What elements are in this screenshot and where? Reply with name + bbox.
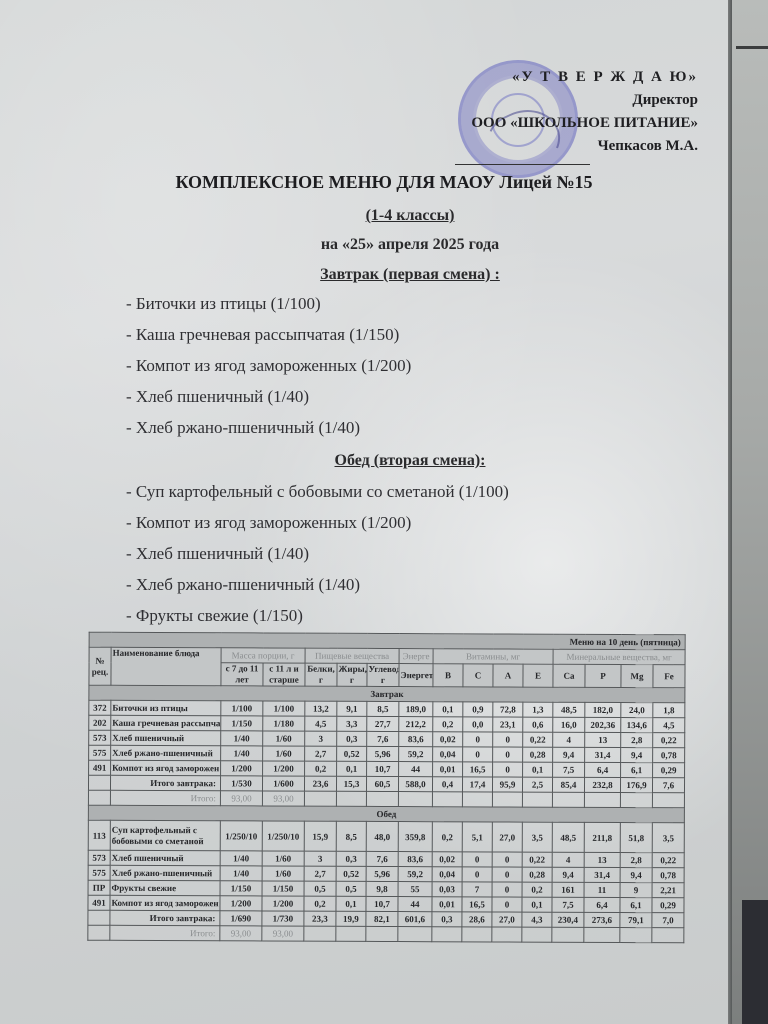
table-cell	[462, 927, 492, 942]
recipe-number: 491	[88, 895, 110, 910]
table-cell: 359,8	[398, 822, 432, 852]
table-cell: 1/200	[262, 896, 304, 911]
approval-block: «У Т В Е Р Ж Д А Ю» Директор ООО «ШКОЛЬН…	[398, 66, 698, 158]
table-cell: 13	[585, 732, 621, 747]
table-cell: 5,96	[367, 746, 399, 761]
table-cell: 0,52	[337, 746, 367, 761]
col-p: P	[585, 664, 621, 687]
table-cell: 1/60	[263, 746, 305, 761]
table-cell: 0,04	[433, 747, 463, 762]
table-cell	[492, 792, 522, 807]
table-cell: 0	[493, 732, 523, 747]
table-cell: 3	[305, 731, 337, 746]
lunch-heading: Обед (вторая смена):	[0, 452, 768, 470]
table-cell	[584, 927, 620, 942]
table-cell	[304, 791, 336, 806]
table-body: Завтрак 372Биточки из птицы1/1001/10013,…	[88, 685, 685, 943]
table-cell: 1/150	[221, 716, 263, 731]
col-vit-e: E	[523, 664, 553, 687]
dish-name: Хлеб ржано-пшеничный	[110, 865, 220, 880]
table-row: 113Суп картофельный с бобовыми со сметан…	[88, 820, 684, 853]
table-cell: 1/200	[220, 896, 262, 911]
cost-row: Итого:93,0093,00	[88, 925, 684, 943]
recipe-number: 202	[89, 715, 111, 730]
table-cell: 7,0	[652, 913, 684, 928]
table-cell: 232,8	[584, 777, 620, 792]
recipe-number: 575	[89, 745, 111, 760]
table-cell: 83,6	[399, 732, 433, 747]
table-cell	[492, 927, 522, 942]
recipe-number: 575	[88, 865, 110, 880]
table-cell: 161	[552, 882, 584, 897]
table-cell: 48,5	[552, 822, 584, 852]
table-cell: 0,22	[522, 852, 552, 867]
cost-value: 93,00	[262, 791, 304, 806]
table-cell: 23,1	[493, 717, 523, 732]
table-cell: 0,1	[523, 762, 553, 777]
table-cell: 1/60	[263, 731, 305, 746]
col-energy: Энергетическая	[399, 664, 433, 687]
wall-tile-seam	[736, 46, 768, 49]
table-cell: 273,6	[584, 912, 620, 927]
table-cell	[366, 791, 398, 806]
table-cell: 1,3	[523, 702, 553, 717]
table-cell: 1/60	[262, 866, 304, 881]
table-cell: 9,4	[620, 868, 652, 883]
dish-name: Фрукты свежие	[110, 880, 220, 895]
table-cell	[88, 925, 110, 940]
table-cell	[88, 910, 110, 925]
table-cell: 0,78	[652, 868, 684, 883]
table-cell: 7	[462, 882, 492, 897]
table-cell: 55	[398, 882, 432, 897]
table-cell: 4,5	[653, 718, 685, 733]
table-cell: 6,4	[585, 762, 621, 777]
table-cell: 588,0	[398, 777, 432, 792]
col-dish-name: Наименование блюда	[111, 647, 221, 685]
table-cell: 3,3	[337, 716, 367, 731]
recipe-number: 113	[88, 820, 110, 850]
col-vit-c: C	[463, 664, 493, 687]
total-label: Итого завтрака:	[110, 910, 220, 925]
list-item: - Хлеб ржано-пшеничный (1/40)	[126, 412, 411, 443]
table-cell: 0,2	[433, 717, 463, 732]
table-cell: 6,1	[620, 898, 652, 913]
table-cell: 9,8	[366, 881, 398, 896]
table-cell: 27,7	[367, 716, 399, 731]
table-cell: 1/690	[220, 911, 262, 926]
table-cell: 1/150	[220, 881, 262, 896]
table-cell: 0,28	[522, 867, 552, 882]
table-cell: 0	[492, 897, 522, 912]
recipe-number: 491	[89, 760, 111, 775]
dish-name: Хлеб ржано-пшеничный	[111, 745, 221, 760]
col-ca: Ca	[553, 664, 585, 687]
table-cell: 23,6	[304, 776, 336, 791]
table-cell: 1/150	[262, 881, 304, 896]
list-item: - Хлеб пшеничный (1/40)	[126, 538, 509, 569]
table-cell: 24,0	[621, 703, 653, 718]
table-cell: 60,5	[366, 776, 398, 791]
list-item: - Каша гречневая рассыпчатая (1/150)	[126, 319, 411, 350]
dish-name: Биточки из птицы	[111, 700, 221, 715]
table-cell: 0,78	[653, 748, 685, 763]
table-cell: 9,1	[337, 701, 367, 716]
table-cell: 0	[492, 852, 522, 867]
table-cell: 1/100	[263, 701, 305, 716]
table-cell: 59,2	[398, 867, 432, 882]
table-cell: 95,9	[492, 777, 522, 792]
table-cell: 2,8	[620, 853, 652, 868]
table-cell: 27,0	[492, 822, 522, 852]
table-cell: 0,52	[336, 866, 366, 881]
table-cell	[398, 927, 432, 942]
table-cell: 4,3	[522, 912, 552, 927]
col-age-11-plus: с 11 л и старше	[263, 663, 305, 686]
table-cell: 4,5	[305, 716, 337, 731]
table-cell: 0	[493, 747, 523, 762]
table-cell: 0	[462, 852, 492, 867]
dish-name: Хлеб пшеничный	[110, 850, 220, 865]
table-cell: 31,4	[585, 747, 621, 762]
table-cell	[462, 792, 492, 807]
table-cell: 0	[462, 867, 492, 882]
recipe-number: 573	[88, 850, 110, 865]
col-fat: Жиры, г	[337, 663, 367, 686]
table-cell: 0,4	[432, 777, 462, 792]
table-cell: 0,2	[432, 822, 462, 852]
table-cell: 1/200	[263, 761, 305, 776]
table-cell: 15,3	[336, 776, 366, 791]
table-cell: 0,29	[652, 898, 684, 913]
table-cell: 0,22	[653, 733, 685, 748]
table-cell: 2,7	[304, 866, 336, 881]
list-item: - Компот из ягод замороженных (1/200)	[126, 507, 509, 538]
table-cell: 0,1	[337, 761, 367, 776]
table-cell: 3,5	[522, 822, 552, 852]
table-cell: 0,3	[336, 851, 366, 866]
table-cell: 1,8	[653, 703, 685, 718]
table-cell: 176,9	[620, 778, 652, 793]
table-cell: 44	[399, 762, 433, 777]
table-cell: 0,04	[432, 867, 462, 882]
table-cell: 8,5	[336, 821, 366, 851]
document-title: КОМПЛЕКСНОЕ МЕНЮ ДЛЯ МАОУ Лицей №15	[0, 172, 768, 193]
table-cell: 1/40	[221, 731, 263, 746]
approval-position: Директор	[398, 89, 698, 112]
table-cell: 9	[620, 883, 652, 898]
table-cell: 0,5	[336, 881, 366, 896]
table-cell: 13	[584, 852, 620, 867]
table-cell	[304, 926, 336, 941]
table-cell	[620, 928, 652, 943]
table-cell: 51,8	[620, 823, 652, 853]
table-cell: 0	[492, 867, 522, 882]
table-cell: 83,6	[398, 852, 432, 867]
table-cell	[88, 775, 110, 790]
recipe-number: 573	[89, 730, 111, 745]
table-cell: 0,1	[336, 896, 366, 911]
table-cell: 0,22	[652, 853, 684, 868]
table-cell: 0,1	[433, 702, 463, 717]
total-label: Итого завтрака:	[110, 775, 220, 790]
table-cell: 0	[463, 732, 493, 747]
table-cell	[88, 790, 110, 805]
approval-organization: ООО «ШКОЛЬНОЕ ПИТАНИЕ»	[398, 112, 698, 135]
table-cell: 202,36	[585, 717, 621, 732]
table-cell: 6,4	[584, 897, 620, 912]
col-nutrition: Пищевые вещества	[305, 648, 399, 663]
table-cell: 0,5	[304, 881, 336, 896]
table-cell	[432, 927, 462, 942]
table-cell: 1/530	[220, 776, 262, 791]
table-cell: 0,3	[337, 731, 367, 746]
table-cell	[620, 793, 652, 808]
table-cell	[366, 926, 398, 941]
table-cell: 1/180	[263, 716, 305, 731]
table-cell: 48,0	[366, 821, 398, 851]
wall-background	[732, 0, 768, 1024]
table-cell: 16,0	[553, 717, 585, 732]
table-cell: 1/730	[262, 911, 304, 926]
table-cell: 0	[463, 747, 493, 762]
table-cell: 48,5	[553, 702, 585, 717]
table-cell: 1/60	[262, 851, 304, 866]
table-cell: 7,6	[367, 731, 399, 746]
cost-label: Итого:	[110, 925, 220, 940]
approval-title: «У Т В Е Р Ж Д А Ю»	[398, 66, 698, 89]
table-cell	[336, 926, 366, 941]
col-vit-b: B	[433, 664, 463, 687]
table-cell: 16,5	[463, 762, 493, 777]
table-cell: 7,5	[553, 762, 585, 777]
approval-signatory: Чепкасов М.А.	[398, 135, 698, 158]
table-cell: 19,9	[336, 911, 366, 926]
col-recipe-no: № рец.	[89, 647, 111, 685]
table-cell: 2,8	[621, 733, 653, 748]
table-cell: 9,4	[553, 747, 585, 762]
table-cell: 0	[492, 882, 522, 897]
cost-value: 93,00	[220, 926, 262, 941]
table-cell: 0,3	[432, 912, 462, 927]
table-cell: 5,96	[366, 866, 398, 881]
table-cell: 79,1	[620, 913, 652, 928]
table-cell: 85,4	[552, 777, 584, 792]
cost-value: 93,00	[220, 791, 262, 806]
table-cell: 0,02	[432, 852, 462, 867]
table-cell: 9,4	[621, 748, 653, 763]
cost-label: Итого:	[110, 790, 220, 805]
list-item: - Суп картофельный с бобовыми со сметано…	[126, 476, 509, 507]
recipe-number: 372	[89, 700, 111, 715]
table-cell: 212,2	[399, 717, 433, 732]
col-age-7-11: с 7 до 11 лет	[221, 663, 263, 686]
col-carbs: Углеводы, г	[367, 663, 399, 686]
table-cell: 82,1	[366, 911, 398, 926]
wall-shadow	[742, 900, 768, 1024]
table-cell: 28,6	[462, 912, 492, 927]
table-cell: 59,2	[399, 747, 433, 762]
col-mg: Mg	[621, 665, 653, 688]
dish-name: Компот из ягод заморожен	[110, 895, 220, 910]
list-item: - Хлеб пшеничный (1/40)	[126, 381, 411, 412]
breakfast-list: - Биточки из птицы (1/100) - Каша гречне…	[126, 288, 411, 443]
dish-name: Хлеб пшеничный	[111, 730, 221, 745]
table-cell: 44	[398, 897, 432, 912]
table-cell: 1/250/10	[220, 821, 262, 851]
table-cell: 1/600	[262, 776, 304, 791]
nutrition-table: Меню на 10 день (пятница) № рец. Наимено…	[87, 632, 684, 944]
dish-name: Каша гречневая рассыпча	[111, 715, 221, 730]
table-cell: 182,0	[585, 702, 621, 717]
table-cell: 27,0	[492, 912, 522, 927]
lunch-list: - Суп картофельный с бобовыми со сметано…	[126, 476, 509, 631]
table-cell: 31,4	[584, 867, 620, 882]
col-fe: Fe	[653, 665, 685, 688]
table-cell	[552, 927, 584, 942]
table-cell: 15,9	[304, 821, 336, 851]
table-cell	[552, 792, 584, 807]
table-cell: 9,4	[552, 867, 584, 882]
table-cell: 10,7	[366, 896, 398, 911]
table-cell: 7,6	[652, 778, 684, 793]
col-portion-mass: Масса порции, г	[221, 648, 305, 663]
table-cell: 0,29	[653, 763, 685, 778]
table-cell: 0,0	[463, 717, 493, 732]
col-energy-top: Энерге	[399, 649, 433, 664]
table-cell: 4	[553, 732, 585, 747]
table-cell: 0,2	[522, 882, 552, 897]
table-cell: 5,1	[462, 822, 492, 852]
col-vitamins: Витамины, мг	[433, 649, 553, 665]
table-cell: 0,03	[432, 882, 462, 897]
list-item: - Хлеб ржано-пшеничный (1/40)	[126, 569, 509, 600]
dish-name: Суп картофельный с бобовыми со сметаной	[110, 820, 220, 850]
table-cell: 2,7	[305, 746, 337, 761]
table-cell: 1/40	[220, 866, 262, 881]
table-cell	[522, 792, 552, 807]
table-cell	[336, 791, 366, 806]
col-minerals: Минеральные вещества, мг	[553, 649, 685, 665]
table-cell: 0,2	[304, 896, 336, 911]
table-cell: 2,5	[522, 777, 552, 792]
table-cell: 1/250/10	[262, 821, 304, 851]
table-cell: 1/40	[221, 746, 263, 761]
breakfast-heading: Завтрак (первая смена) :	[0, 266, 768, 284]
table-cell: 230,4	[552, 912, 584, 927]
table-cell: 13,2	[305, 701, 337, 716]
table-cell: 134,6	[621, 718, 653, 733]
table-cell: 1/40	[220, 851, 262, 866]
list-item: - Биточки из птицы (1/100)	[126, 288, 411, 319]
table-cell: 0,2	[305, 761, 337, 776]
table-cell	[652, 928, 684, 943]
table-cell: 72,8	[493, 702, 523, 717]
table-cell: 10,7	[367, 761, 399, 776]
table-cell	[432, 792, 462, 807]
table-cell: 4	[552, 852, 584, 867]
table-cell: 0,22	[523, 732, 553, 747]
table-cell	[652, 793, 684, 808]
table-cell: 7,5	[552, 897, 584, 912]
col-vit-a: A	[493, 664, 523, 687]
table-cell	[522, 927, 552, 942]
table-cell: 0	[493, 762, 523, 777]
menu-date: на «25» апреля 2025 года	[0, 236, 768, 254]
table-cell: 3,5	[652, 823, 684, 853]
table-cell: 17,4	[462, 777, 492, 792]
table-cell: 23,3	[304, 911, 336, 926]
table-cell: 0,6	[523, 717, 553, 732]
table-cell: 11	[584, 882, 620, 897]
table-cell	[584, 792, 620, 807]
table-cell: 2,21	[652, 883, 684, 898]
table-cell: 0,01	[433, 762, 463, 777]
table-cell: 8,5	[367, 701, 399, 716]
table-cell: 6,1	[621, 763, 653, 778]
cost-value: 93,00	[262, 926, 304, 941]
table-cell: 211,8	[584, 822, 620, 852]
table-cell: 189,0	[399, 702, 433, 717]
table-cell: 601,6	[398, 912, 432, 927]
list-item: - Фрукты свежие (1/150)	[126, 600, 509, 631]
table-cell: 1/200	[221, 761, 263, 776]
table-cell: 0,9	[463, 702, 493, 717]
table-cell: 0,02	[433, 732, 463, 747]
table-cell: 0,01	[432, 897, 462, 912]
table-cell: 7,6	[366, 851, 398, 866]
grade-range: (1-4 классы)	[0, 207, 768, 225]
dish-name: Компот из ягод заморожен	[111, 760, 221, 775]
table-cell: 0,28	[523, 747, 553, 762]
col-protein: Белки, г	[305, 663, 337, 686]
signature-line	[455, 164, 590, 165]
table-cell: 16,5	[462, 897, 492, 912]
table-cell: 3	[304, 851, 336, 866]
table-cell: 1/100	[221, 701, 263, 716]
list-item: - Компот из ягод замороженных (1/200)	[126, 350, 411, 381]
recipe-number: ПР	[88, 880, 110, 895]
table-cell	[398, 792, 432, 807]
table-cell: 0,1	[522, 897, 552, 912]
